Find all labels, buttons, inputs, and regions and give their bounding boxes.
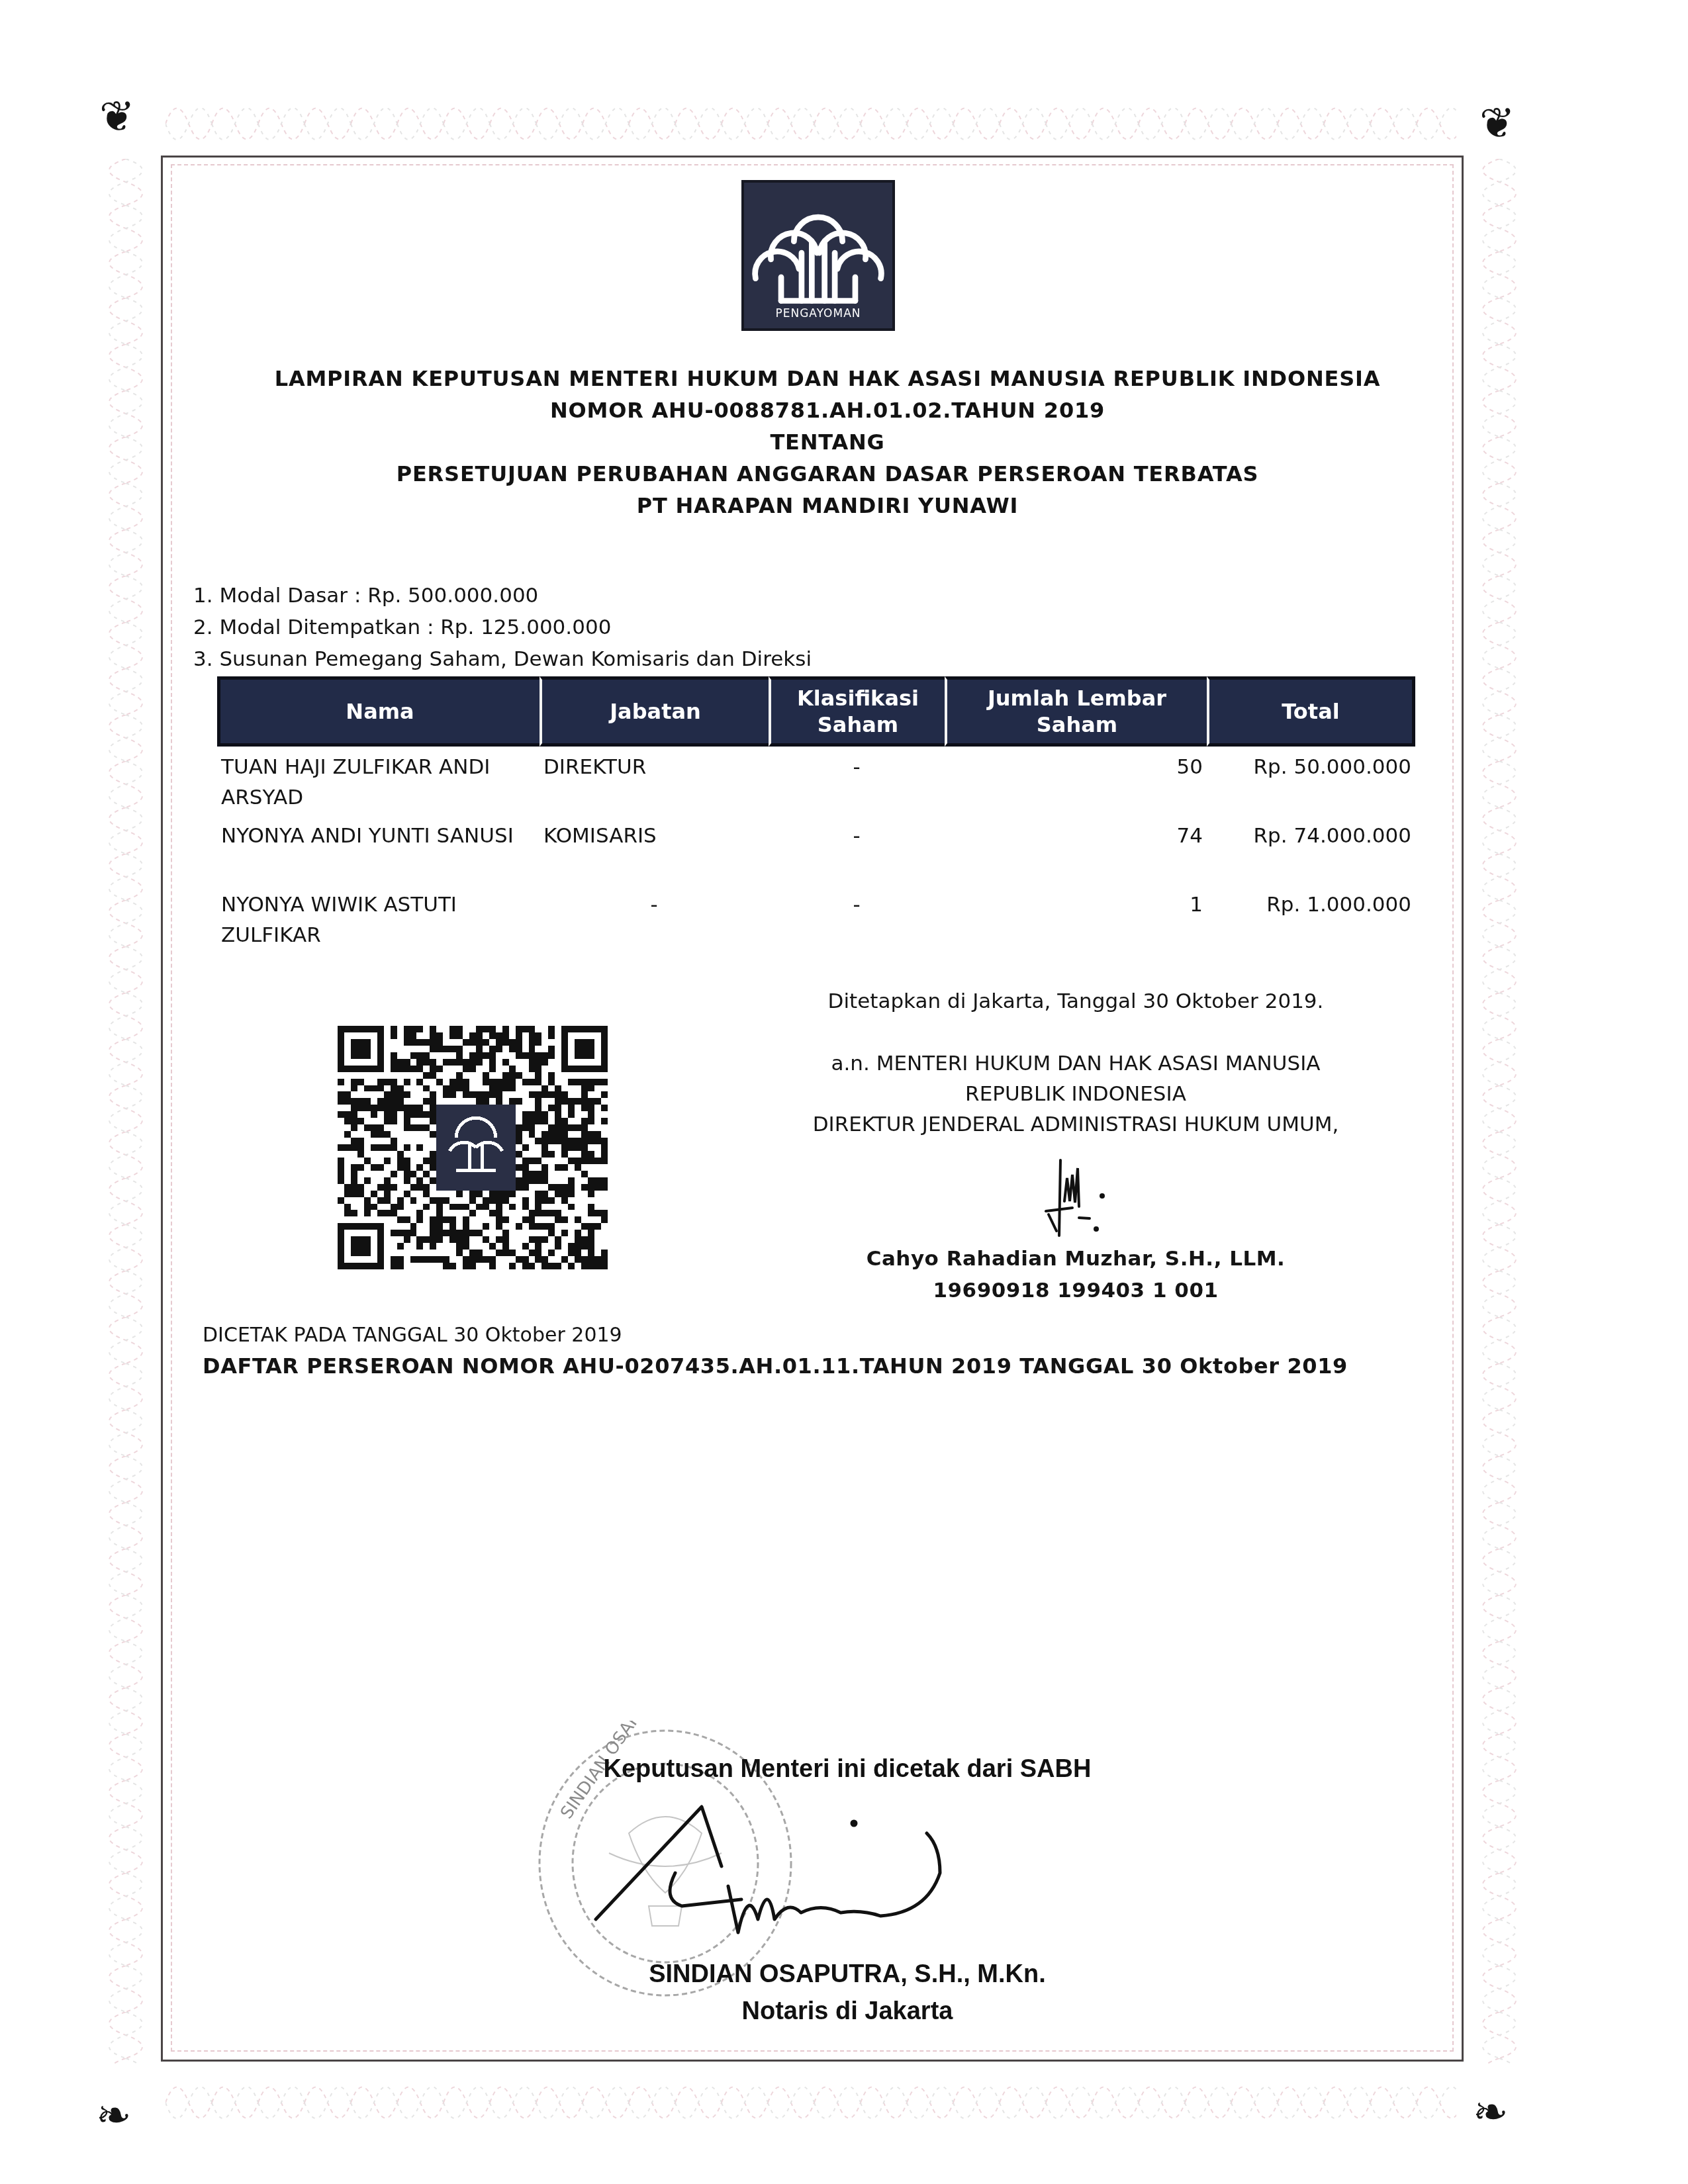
notary-title: Notaris di Jakarta xyxy=(516,1993,1178,2030)
director-signature-icon xyxy=(1026,1155,1132,1241)
corner-ornament-top-left-icon: ❦ xyxy=(99,96,135,138)
signer: Cahyo Rahadian Muzhar, S.H., LLM. 196909… xyxy=(761,1243,1390,1306)
cell-klasifikasi: - xyxy=(769,747,945,815)
cell-jabatan: - xyxy=(539,884,769,953)
on-behalf-line-2: REPUBLIK INDONESIA xyxy=(761,1079,1390,1109)
guilloche-border-right xyxy=(1466,159,1532,2065)
signature-block: Ditetapkan di Jakarta, Tanggal 30 Oktobe… xyxy=(761,986,1390,1140)
guilloche-border-left xyxy=(93,159,159,2065)
capital-items: 1. Modal Dasar : Rp. 500.000.000 2. Moda… xyxy=(193,580,812,675)
cell-nama: NYONYA ANDI YUNTI SANUSI xyxy=(217,815,539,884)
pengayoman-logo: PENGAYOMAN xyxy=(741,180,895,331)
qr-code-icon xyxy=(336,1026,609,1269)
item-modal-ditempatkan: 2. Modal Ditempatkan : Rp. 125.000.000 xyxy=(193,612,812,643)
notary-name: SINDIAN OSAPUTRA, S.H., M.Kn. xyxy=(516,1956,1178,1993)
corner-ornament-top-right-icon: ❦ xyxy=(1479,103,1515,145)
corner-ornament-bottom-right-icon: ❧ xyxy=(1473,2091,1509,2134)
guilloche-border-top xyxy=(165,93,1456,156)
cell-total: Rp. 50.000.000 xyxy=(1207,747,1415,815)
logo-caption: PENGAYOMAN xyxy=(744,307,892,320)
signer-name: Cahyo Rahadian Muzhar, S.H., LLM. xyxy=(761,1243,1390,1275)
col-header-jumlah: Jumlah LembarSaham xyxy=(945,676,1207,747)
col-header-nama: Nama xyxy=(217,676,539,747)
table-row: TUAN HAJI ZULFIKAR ANDI ARSYAD DIREKTUR … xyxy=(217,747,1415,815)
guilloche-border-bottom xyxy=(165,2071,1456,2131)
cell-jumlah: 50 xyxy=(945,747,1207,815)
notary-block: SINDIAN OSAPUTRA, S.H., M.Kn. Notaris di… xyxy=(516,1956,1178,2030)
cell-jumlah: 1 xyxy=(945,884,1207,953)
title-line-1: LAMPIRAN KEPUTUSAN MENTERI HUKUM DAN HAK… xyxy=(199,363,1456,394)
col-header-total: Total xyxy=(1207,676,1415,747)
item-susunan: 3. Susunan Pemegang Saham, Dewan Komisar… xyxy=(193,643,812,675)
table-row: NYONYA ANDI YUNTI SANUSI KOMISARIS - 74 … xyxy=(217,815,1415,884)
on-behalf-line-1: a.n. MENTERI HUKUM DAN HAK ASASI MANUSIA xyxy=(761,1048,1390,1079)
shareholder-table: Nama Jabatan KlasifikasiSaham Jumlah Lem… xyxy=(217,676,1415,953)
notary-signature-icon xyxy=(569,1780,1033,1952)
title-subject: PERSETUJUAN PERUBAHAN ANGGARAN DASAR PER… xyxy=(199,458,1456,490)
title-decree-number: NOMOR AHU-0088781.AH.01.02.TAHUN 2019 xyxy=(199,394,1456,426)
cell-jabatan: DIREKTUR xyxy=(539,747,769,815)
sabh-note: Keputusan Menteri ini dicetak dari SABH xyxy=(516,1755,1178,1784)
signer-nip: 19690918 199403 1 001 xyxy=(761,1275,1390,1306)
cell-total: Rp. 1.000.000 xyxy=(1207,884,1415,953)
cell-jabatan: KOMISARIS xyxy=(539,815,769,884)
corner-ornament-bottom-left-icon: ❧ xyxy=(96,2095,132,2137)
pengayoman-tree-icon xyxy=(744,183,892,328)
on-behalf-line-3: DIREKTUR JENDERAL ADMINISTRASI HUKUM UMU… xyxy=(761,1109,1390,1140)
registry-number: DAFTAR PERSEROAN NOMOR AHU-0207435.AH.01… xyxy=(203,1351,1348,1381)
company-name: PT HARAPAN MANDIRI YUNAWI xyxy=(199,490,1456,522)
cell-nama: NYONYA WIWIK ASTUTI ZULFIKAR xyxy=(217,884,539,953)
table-header-row: Nama Jabatan KlasifikasiSaham Jumlah Lem… xyxy=(217,676,1415,747)
cell-klasifikasi: - xyxy=(769,815,945,884)
col-header-jabatan: Jabatan xyxy=(539,676,769,747)
cell-klasifikasi: - xyxy=(769,884,945,953)
cell-nama: TUAN HAJI ZULFIKAR ANDI ARSYAD xyxy=(217,747,539,815)
cell-total: Rp. 74.000.000 xyxy=(1207,815,1415,884)
document-title: LAMPIRAN KEPUTUSAN MENTERI HUKUM DAN HAK… xyxy=(199,363,1456,522)
printed-date: DICETAK PADA TANGGAL 30 Oktober 2019 xyxy=(203,1320,1348,1351)
place-date: Ditetapkan di Jakarta, Tanggal 30 Oktobe… xyxy=(761,986,1390,1017)
cell-jumlah: 74 xyxy=(945,815,1207,884)
col-header-klasifikasi: KlasifikasiSaham xyxy=(769,676,945,747)
item-modal-dasar: 1. Modal Dasar : Rp. 500.000.000 xyxy=(193,580,812,612)
print-info: DICETAK PADA TANGGAL 30 Oktober 2019 DAF… xyxy=(203,1320,1348,1381)
title-line-3: TENTANG xyxy=(199,426,1456,458)
table-row: NYONYA WIWIK ASTUTI ZULFIKAR - - 1 Rp. 1… xyxy=(217,884,1415,953)
